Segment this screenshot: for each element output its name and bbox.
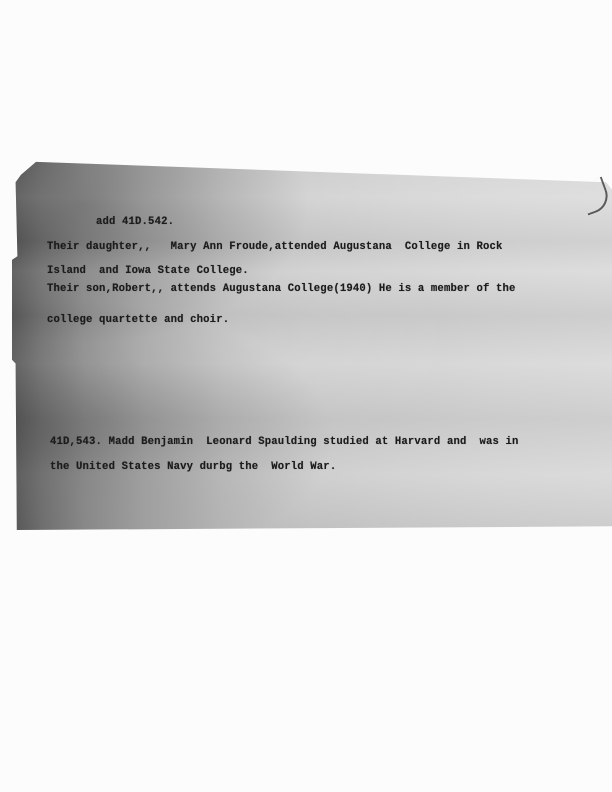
daughter-line-2: Island and Iowa State College. bbox=[47, 265, 249, 277]
reference-number: add 41D.542. bbox=[96, 216, 174, 228]
son-line-2: college quartette and choir. bbox=[47, 314, 229, 326]
son-line-1: Their son,Robert,, attends Augustana Col… bbox=[47, 283, 516, 295]
spaulding-line-2: the United States Navy durbg the World W… bbox=[50, 461, 336, 473]
scanned-page: add 41D.542. Their daughter,, Mary Ann F… bbox=[0, 0, 612, 792]
spaulding-line-1: 41D,543. Madd Benjamin Leonard Spaulding… bbox=[50, 436, 519, 448]
daughter-line-1: Their daughter,, Mary Ann Froude,attende… bbox=[47, 241, 503, 253]
